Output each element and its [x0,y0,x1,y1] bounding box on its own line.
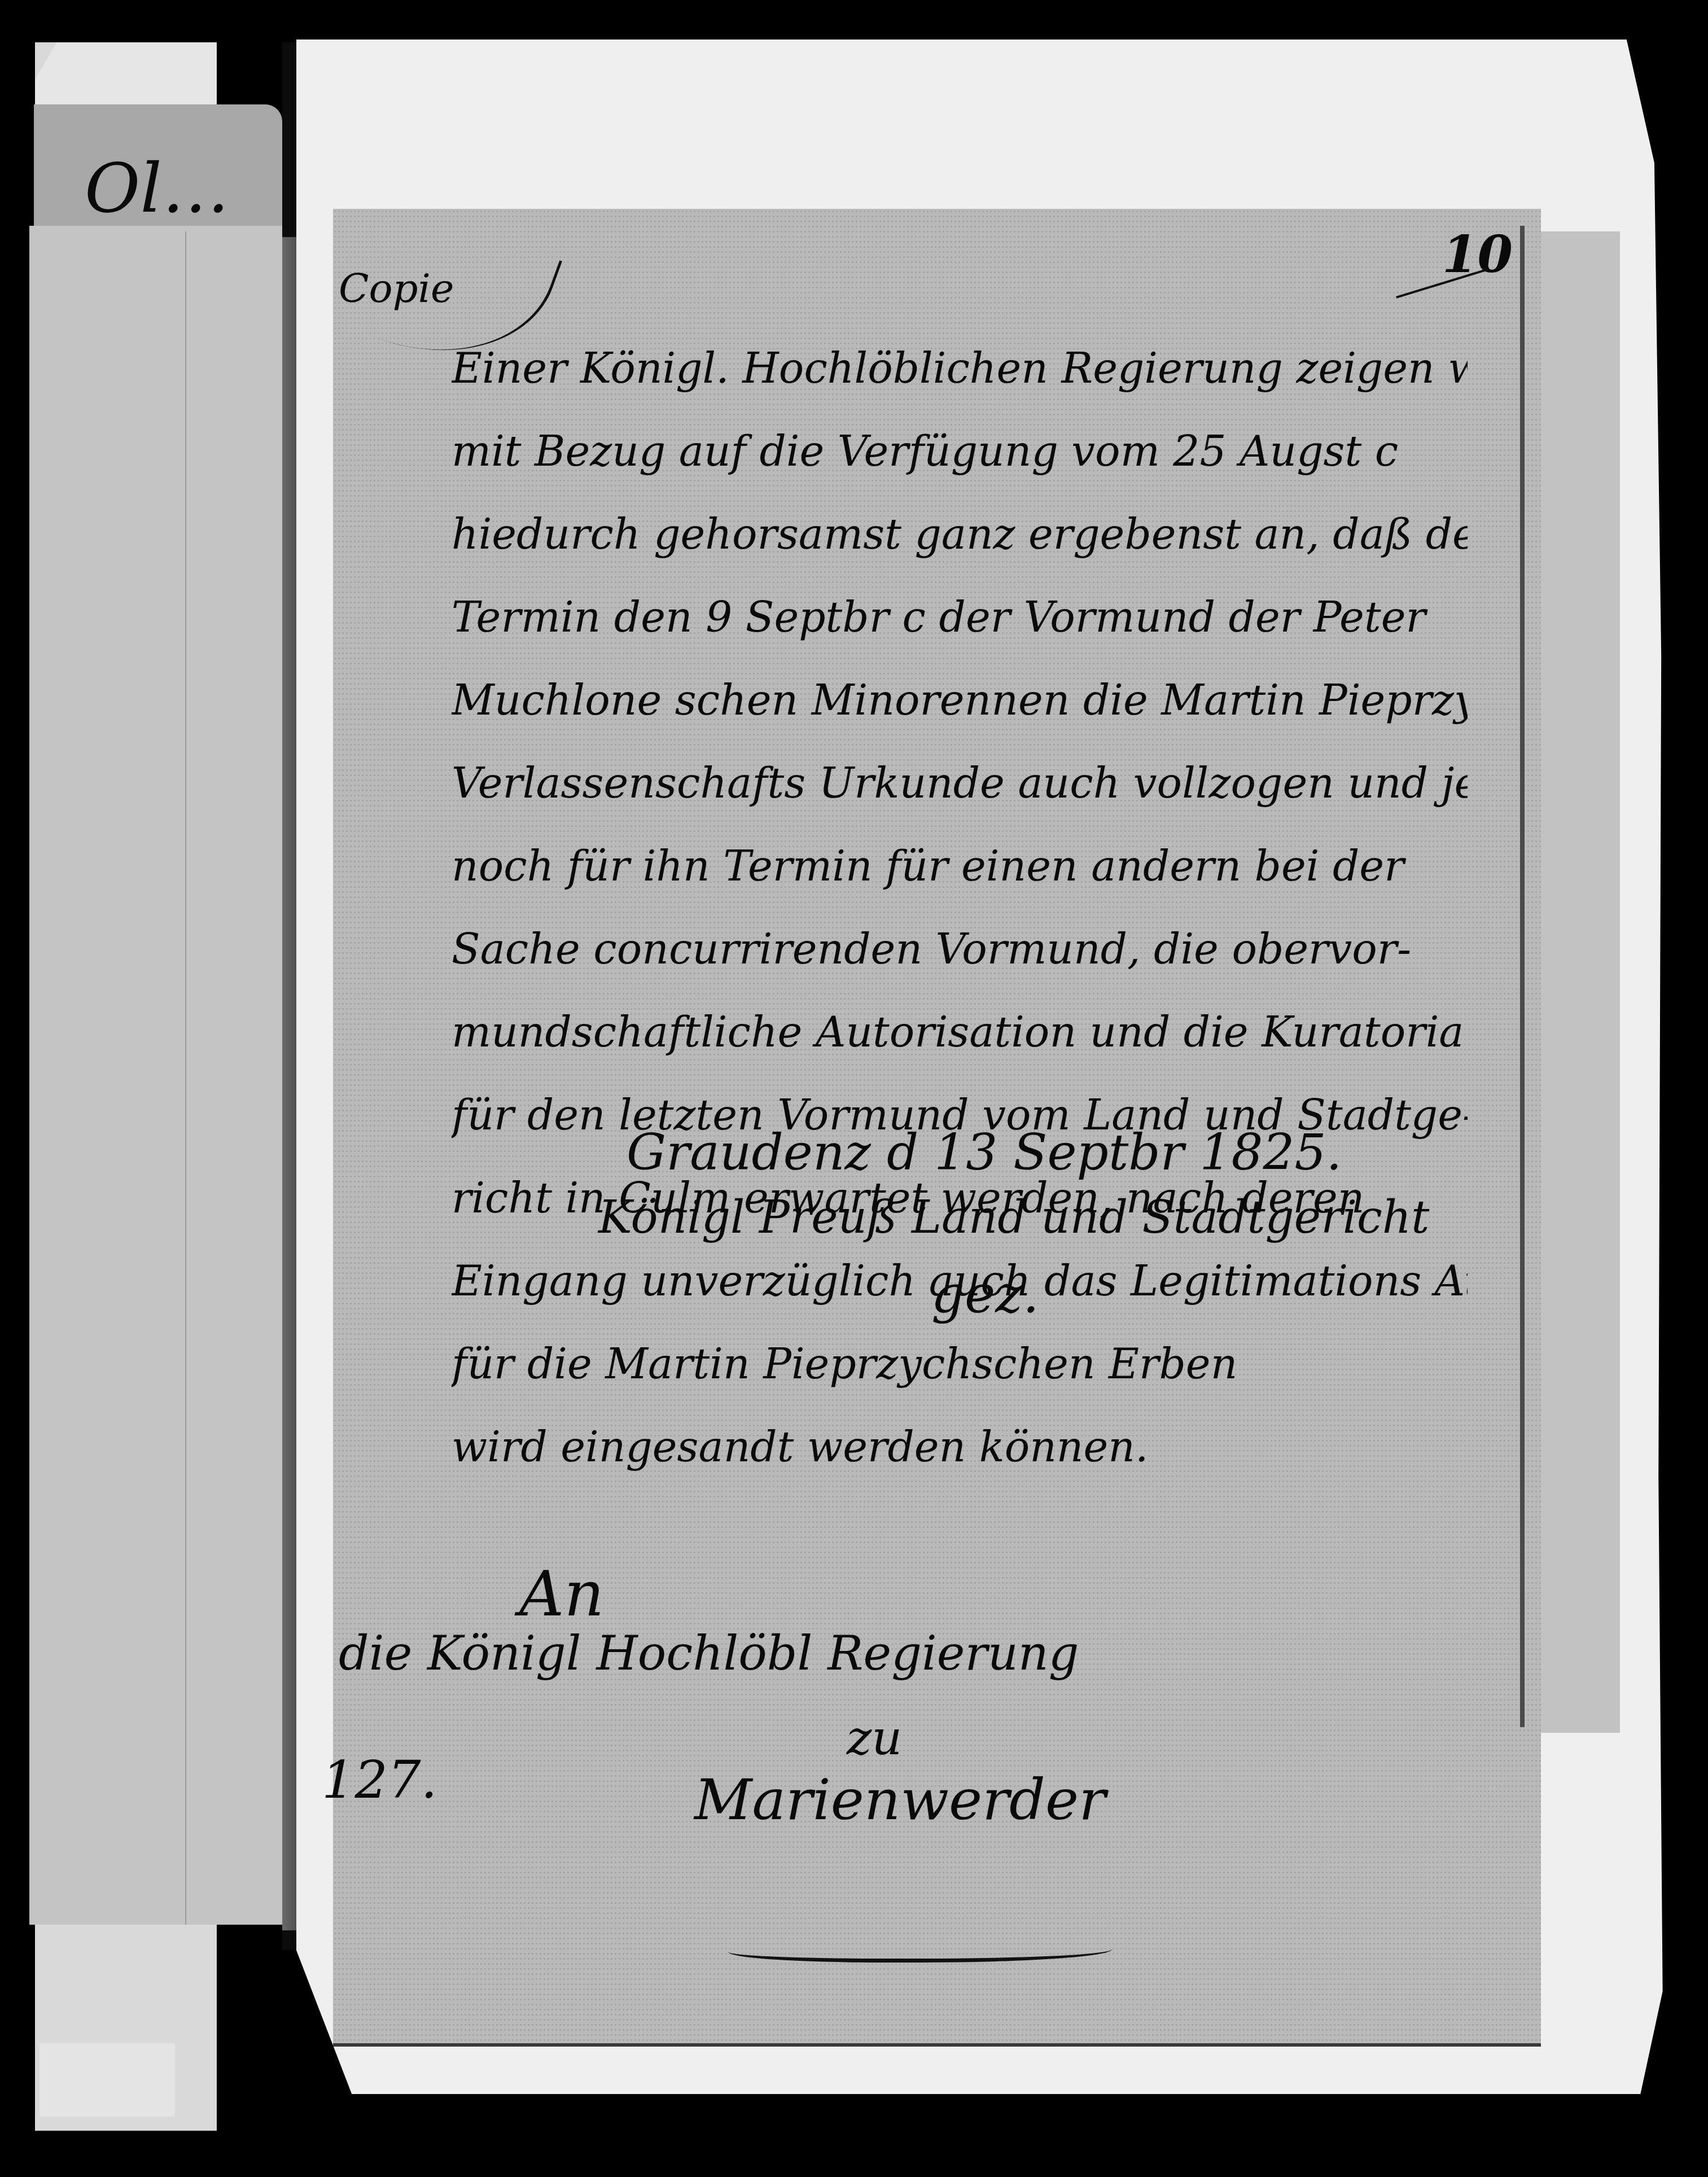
body-line: mit Bezug auf die Verfügung vom 25 Augst… [452,410,1468,493]
body-line: Sache concurrirenden Vormund, die obervo… [452,908,1468,991]
address-recipient: die Königl Hochlöbl Regierung [339,1626,1079,1681]
body-line: hiedurch gehorsamst ganz ergebenst an, d… [452,493,1468,576]
body-line: Muchlone schen Minorennen die Martin Pie… [452,659,1468,742]
journal-number: 127. [322,1750,437,1810]
body-line: Einer Königl. Hochlöblichen Regierung ze… [452,327,1468,410]
left-strip-top-edge [35,42,217,110]
left-strip-bottom-edge [40,2043,175,2117]
address-place: Marienwerder [694,1767,1106,1833]
body-line: Termin den 9 Septbr c der Vormund der Pe… [452,576,1468,659]
page-edge-shadow [1520,226,1525,1727]
signature: gez. [931,1264,1039,1325]
folio-number: 10 [1442,225,1513,284]
body-line: mundschaftliche Autorisation und die Kur… [452,991,1468,1074]
body-line: noch für ihn Termin für einen andern bei… [452,825,1468,908]
body-line: Verlassenschafts Urkunde auch vollzogen … [452,742,1468,825]
place-date-line: Graudenz d 13 Septbr 1825. [627,1123,1342,1181]
left-strip-front-panel [29,226,283,1925]
left-strip-partial-writing: Ol… [85,150,230,228]
left-strip-crease [185,231,186,1925]
issuing-court: Königl Preuß Land und Stadtgericht [598,1191,1429,1243]
address-to: An [519,1558,604,1630]
body-line: wird eingesandt werden können. [452,1406,1468,1489]
address-preposition: zu [847,1710,902,1766]
address-flourish-underline [728,1936,1112,1963]
body-line: für die Martin Pieprzychschen Erben [452,1323,1468,1406]
